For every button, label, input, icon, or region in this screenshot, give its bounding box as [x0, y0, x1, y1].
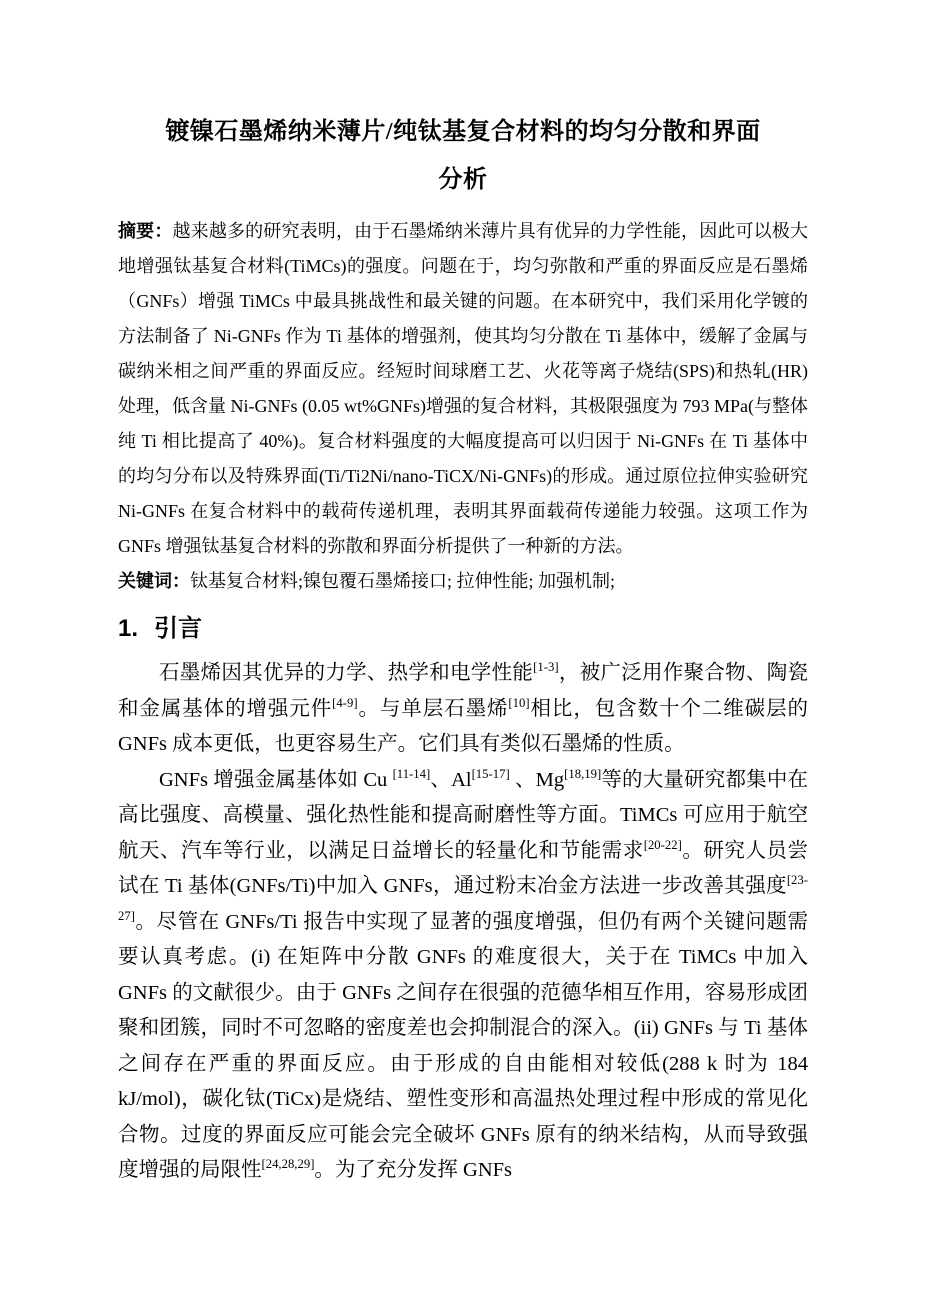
document-page: 镀镍石墨烯纳米薄片/纯钛基复合材料的均匀分散和界面分析 摘要：越来越多的研究表明… — [0, 0, 926, 1309]
paper-title: 镀镍石墨烯纳米薄片/纯钛基复合材料的均匀分散和界面分析 — [163, 108, 763, 204]
citation-ref: [18,19] — [564, 767, 601, 781]
section-number: 1. — [118, 615, 138, 642]
citation-ref: [15-17] — [472, 767, 510, 781]
abstract-label: 摘要： — [118, 221, 173, 241]
citation-ref: [23-27] — [118, 873, 808, 923]
citation-ref: [1-3] — [533, 660, 558, 674]
abstract-text: 越来越多的研究表明，由于石墨烯纳米薄片具有优异的力学性能，因此可以极大地增强钛基… — [118, 221, 808, 556]
citation-ref: [4-9] — [332, 696, 357, 710]
citation-ref: [20-22] — [644, 838, 682, 852]
section-heading-introduction: 1.引言 — [118, 609, 808, 649]
keywords-text: 钛基复合材料;镍包覆石墨烯接口; 拉伸性能; 加强机制; — [190, 571, 615, 591]
keywords-line: 关键词：钛基复合材料;镍包覆石墨烯接口; 拉伸性能; 加强机制; — [118, 564, 808, 599]
citation-ref: [10] — [508, 696, 529, 710]
intro-paragraph-2: GNFs 增强金属基体如 Cu [11-14]、Al[15-17] 、Mg[18… — [118, 763, 808, 1189]
section-title: 引言 — [154, 615, 202, 642]
abstract-paragraph: 摘要：越来越多的研究表明，由于石墨烯纳米薄片具有优异的力学性能，因此可以极大地增… — [118, 214, 808, 564]
intro-paragraph-1: 石墨烯因其优异的力学、热学和电学性能[1-3]，被广泛用作聚合物、陶瓷和金属基体… — [118, 656, 808, 763]
citation-ref: [24,28,29] — [262, 1157, 315, 1171]
citation-ref: [11-14] — [393, 767, 431, 781]
keywords-label: 关键词： — [118, 571, 190, 591]
